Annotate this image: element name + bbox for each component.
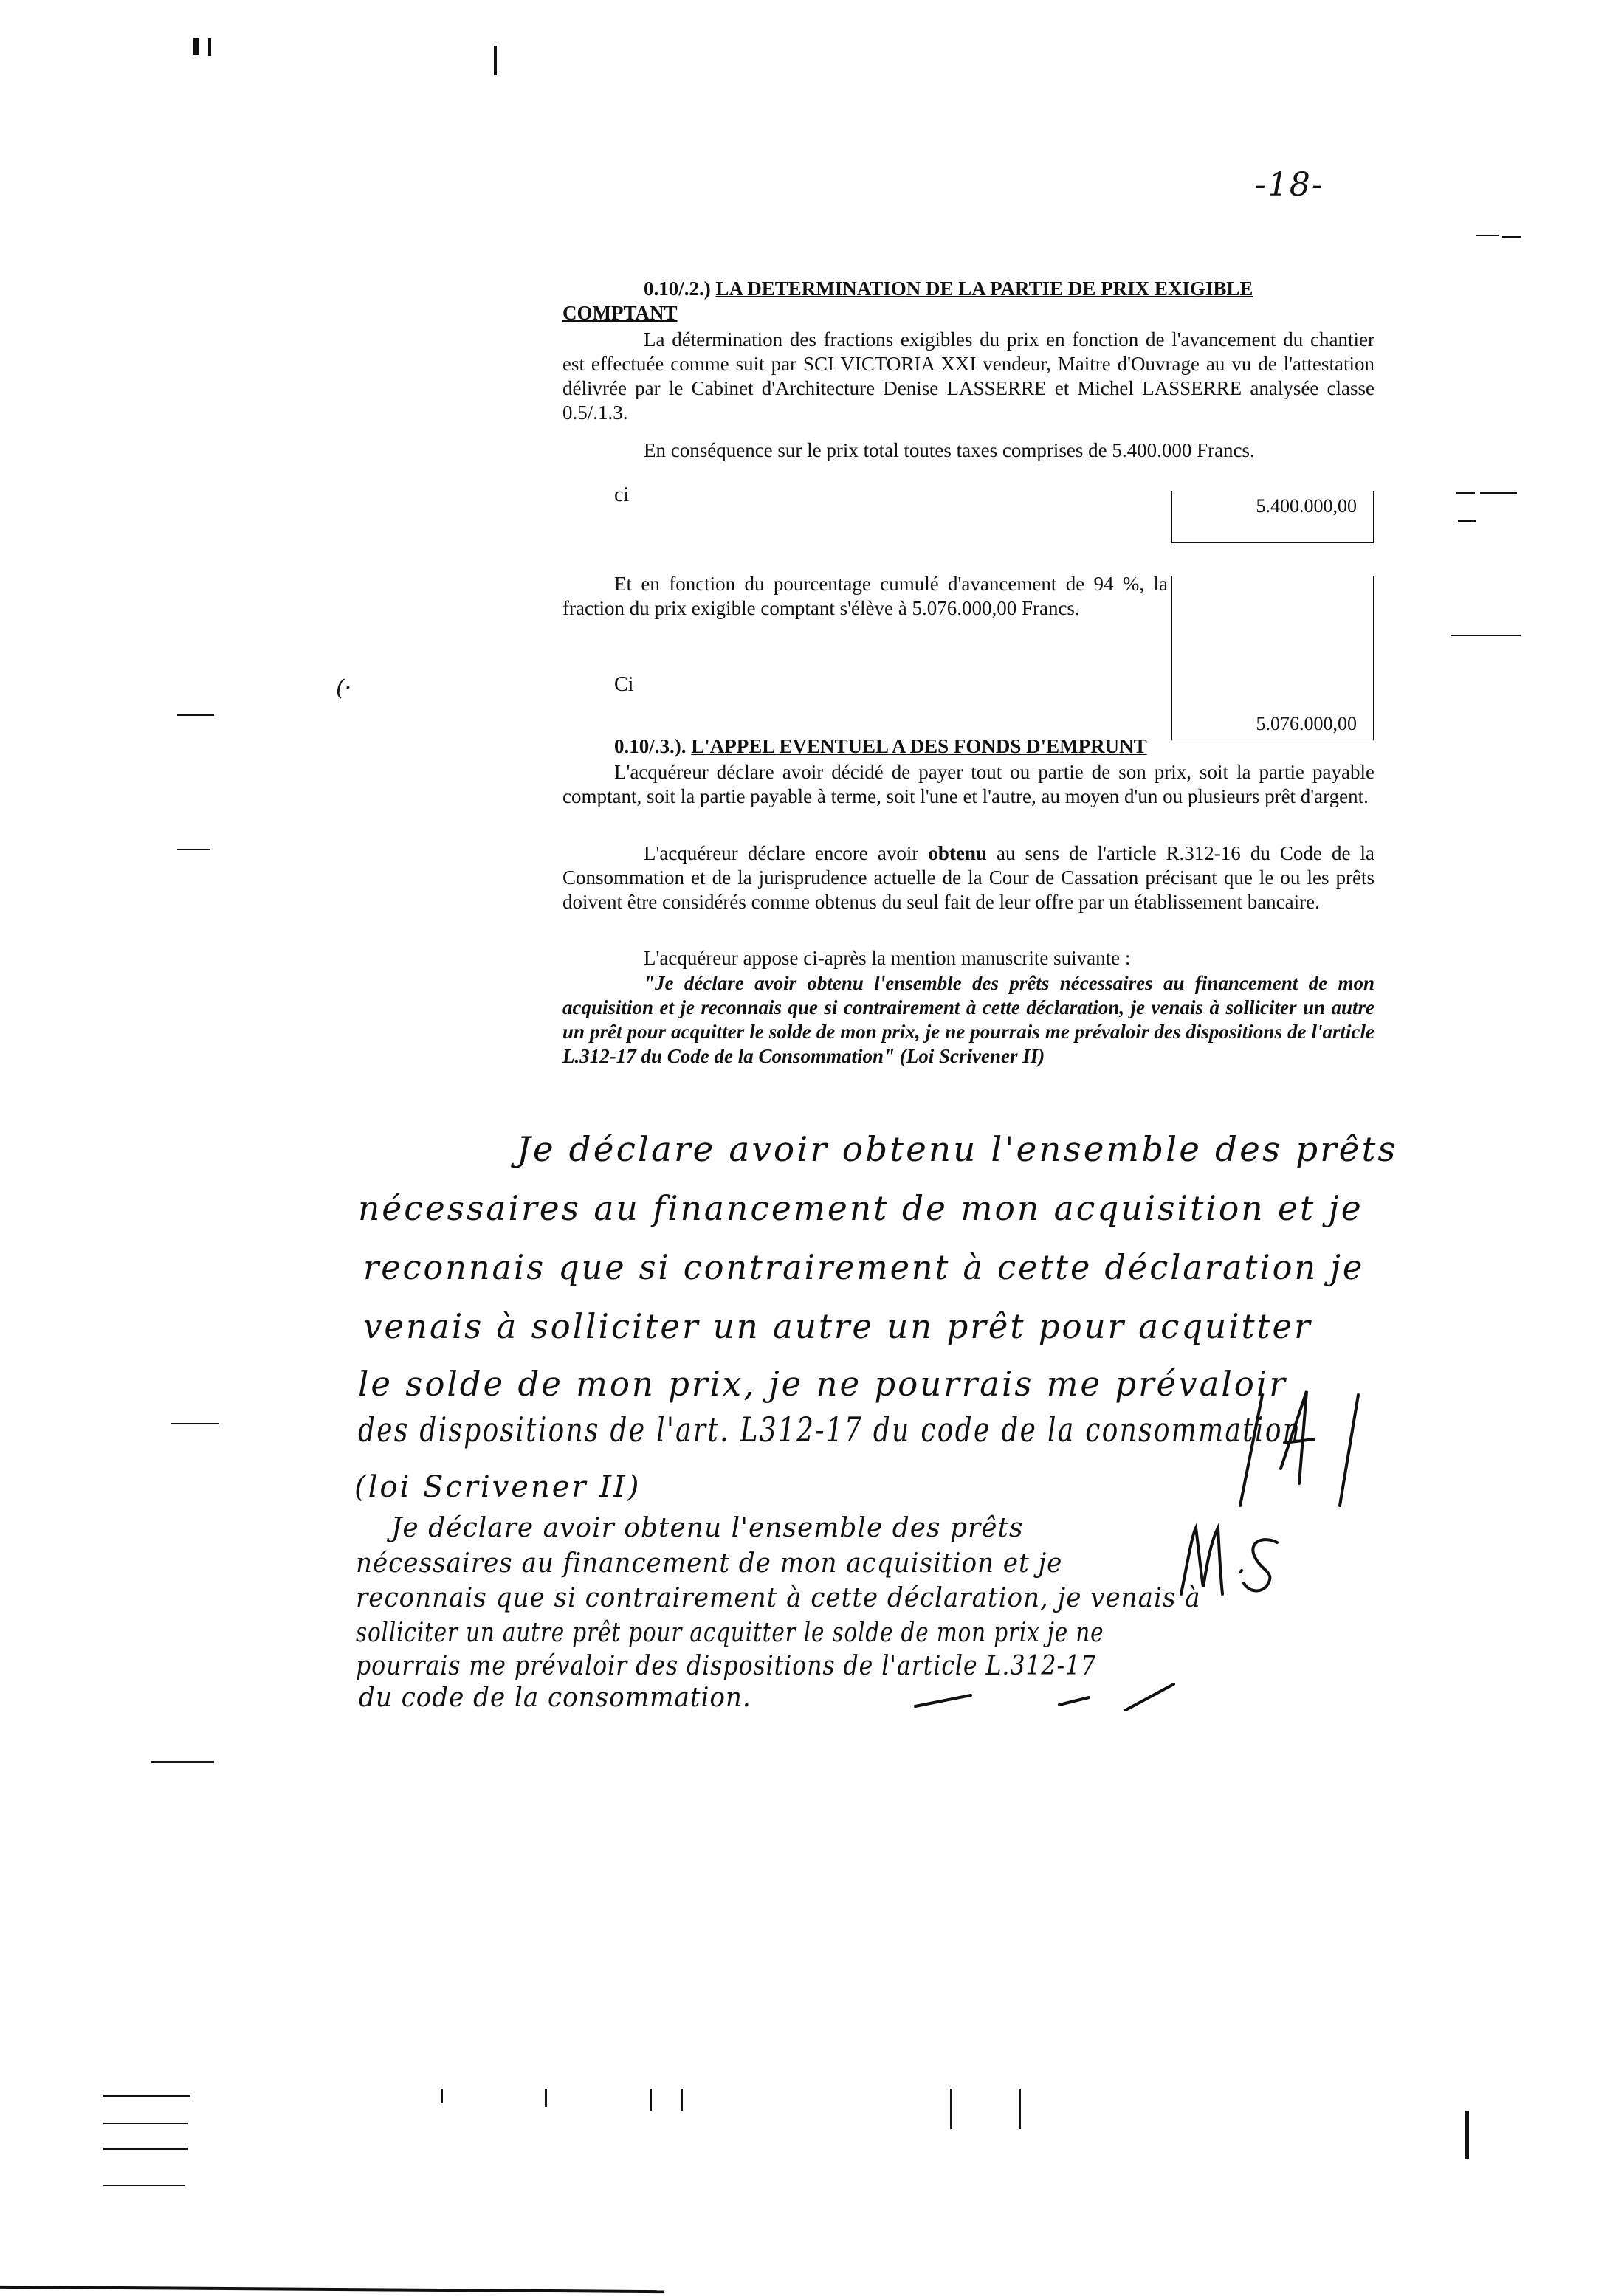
handwritten-line: nécessaires au financement de mon acquis… (356, 1548, 1062, 1579)
section-2-paragraph-3: Et en fonction du pourcentage cumulé d'a… (562, 572, 1168, 621)
scan-mark (950, 2089, 952, 2129)
handwritten-strike (912, 1677, 1177, 1721)
ci-label-1: ci (614, 483, 629, 507)
scan-mark (177, 849, 210, 850)
obtenu-bold: obtenu (928, 842, 987, 864)
handwritten-line: Je déclare avoir obtenu l'ensemble des p… (391, 1513, 1023, 1543)
legal-quote: "Je déclare avoir obtenu l'ensemble des … (562, 971, 1374, 1069)
scan-mark (494, 46, 497, 75)
handwritten-line: reconnais que si contrairement à cette d… (363, 1247, 1364, 1287)
signature-initials-2 (1174, 1513, 1299, 1602)
quote-suffix: (Loi Scrivener II) (895, 1045, 1045, 1067)
scan-mark (681, 2089, 683, 2111)
scan-mark (1458, 520, 1476, 522)
scan-mark (103, 2185, 185, 2186)
signature-initials-1 (1211, 1380, 1373, 1513)
scan-mark (1480, 492, 1517, 494)
section-2-paragraph-2: En conséquence sur le prix total toutes … (562, 438, 1374, 463)
section-2-number: 0.10/.2.) (644, 277, 711, 300)
scan-mark (1451, 635, 1521, 636)
margin-scribble: (· (336, 675, 351, 701)
text: L'acquéreur déclare encore avoir (644, 842, 928, 864)
scan-mark (193, 38, 199, 55)
amount-1: 5.400.000,00 (1256, 495, 1358, 517)
handwritten-line: venais à solliciter un autre un prêt pou… (363, 1306, 1312, 1346)
handwritten-line: Je déclare avoir obtenu l'ensemble des p… (517, 1129, 1398, 1169)
amount-2: 5.076.000,00 (1256, 713, 1358, 735)
scan-mark (650, 2089, 652, 2111)
handwritten-line: nécessaires au financement de mon acquis… (358, 1188, 1363, 1228)
section-3-title: L'APPEL EVENTUEL A DES FONDS D'EMPRUNT (691, 735, 1146, 757)
scan-mark (1465, 2111, 1469, 2159)
section-3-heading: 0.10/.3.). L'APPEL EVENTUEL A DES FONDS … (562, 734, 1374, 759)
handwritten-line: reconnais que si contrairement à cette d… (356, 1583, 1201, 1613)
ci-label-2: Ci (614, 673, 633, 697)
section-2-title-line1: LA DETERMINATION DE LA PARTIE DE PRIX EX… (716, 277, 1253, 300)
scan-mark (1456, 492, 1475, 494)
amount-box-1: 5.400.000,00 (1171, 491, 1374, 545)
section-3-paragraph-3: L'acquéreur appose ci-après la mention m… (562, 946, 1374, 971)
handwritten-line: du code de la consommation. (359, 1683, 751, 1713)
scan-mark (1019, 2089, 1021, 2129)
section-2-title-line2: COMPTANT (562, 302, 678, 324)
amount-box-2: 5.076.000,00 (1171, 576, 1374, 742)
scan-mark (103, 2123, 188, 2124)
section-2-paragraph-1: La détermination des fractions exigibles… (562, 328, 1374, 425)
section-3-number: 0.10/.3.). (614, 735, 687, 757)
scan-mark (1502, 236, 1521, 238)
section-3-paragraph-2: L'acquéreur déclare encore avoir obtenu … (562, 841, 1374, 914)
handwritten-line: des dispositions de l'art. L312-17 du co… (358, 1410, 1301, 1449)
section-2-heading: 0.10/.2.) LA DETERMINATION DE LA PARTIE … (562, 277, 1374, 325)
scan-mark (171, 1423, 219, 1424)
handwritten-line: le solde de mon prix, je ne pourrais me … (358, 1364, 1287, 1404)
scan-mark (545, 2089, 547, 2107)
scan-mark (103, 2148, 188, 2150)
handwritten-line: (loi Scrivener II) (354, 1470, 641, 1504)
scan-bottom-edge (0, 2286, 664, 2293)
section-3-paragraph-1: L'acquéreur déclare avoir décidé de paye… (562, 760, 1374, 809)
handwritten-line: solliciter un autre prêt pour acquitter … (356, 1618, 1104, 1648)
scan-mark (103, 2095, 190, 2097)
page-number: -18- (1255, 166, 1324, 204)
scan-mark (441, 2089, 443, 2103)
scan-mark (208, 38, 211, 56)
scan-mark (151, 1761, 214, 1763)
scan-mark (177, 714, 214, 716)
scan-mark (1476, 235, 1499, 236)
